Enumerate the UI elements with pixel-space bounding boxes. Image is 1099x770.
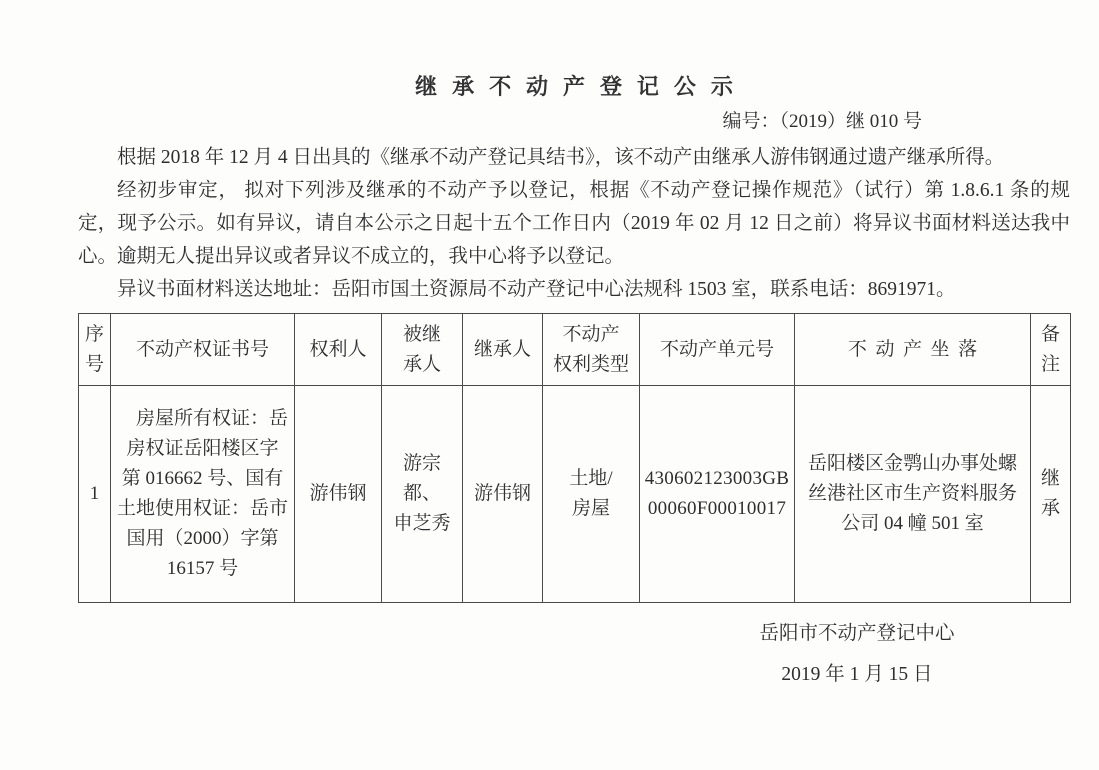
column-header-right-holder: 权利人 [295, 314, 382, 386]
cell-right-type: 土地/ 房屋 [543, 386, 640, 603]
cell-seq: 1 [79, 386, 111, 603]
table-header-row: 序 号 不动产权证书号 权利人 被继 承人 继承人 不动产 权利类型 不动产单元… [79, 314, 1071, 386]
signature-block: 岳阳市不动产登记中心 2019 年 1 月 15 日 [722, 619, 992, 690]
cell-unit-no: 430602123003GB 00060F00010017 [640, 386, 795, 603]
cell-location: 岳阳楼区金鹗山办事处螺 丝港社区市生产资料服务 公司 04 幢 501 室 [795, 386, 1031, 603]
issue-date: 2019 年 1 月 15 日 [781, 660, 932, 690]
table-row: 1 房屋所有权证：岳 房权证岳阳楼区字 第 016662 号、国有 土地使用权证… [79, 386, 1071, 603]
cell-heir: 游伟钢 [463, 386, 543, 603]
column-header-heir: 继承人 [463, 314, 543, 386]
cell-right-holder: 游伟钢 [295, 386, 382, 603]
page-title: 继承不动产登记公示 [78, 70, 1070, 101]
paragraph-contact: 异议书面材料送达地址：岳阳市国土资源局不动产登记中心法规科 1503 室，联系电… [78, 273, 1070, 306]
issuing-organization: 岳阳市不动产登记中心 [759, 619, 954, 649]
cell-remark: 继 承 [1031, 386, 1071, 603]
doc-number: 编号：（2019）继 010 号 [78, 107, 1070, 137]
registration-table: 序 号 不动产权证书号 权利人 被继 承人 继承人 不动产 权利类型 不动产单元… [78, 313, 1071, 603]
column-header-location: 不动产坐落 [795, 314, 1031, 386]
paragraph-announcement: 经初步审定， 拟对下列涉及继承的不动产予以登记，根据《不动产登记操作规范》（试行… [78, 174, 1070, 273]
cell-decedent: 游宗都、 申芝秀 [382, 386, 463, 603]
column-header-cert-no: 不动产权证书号 [111, 314, 295, 386]
cell-cert-no: 房屋所有权证：岳 房权证岳阳楼区字 第 016662 号、国有 土地使用权证：岳… [111, 386, 295, 603]
scanned-notice-page: 继承不动产登记公示 编号：（2019）继 010 号 根据 2018 年 12 … [0, 0, 1099, 770]
column-header-seq: 序 号 [79, 314, 111, 386]
column-header-decedent: 被继 承人 [382, 314, 463, 386]
column-header-remark: 备 注 [1031, 314, 1071, 386]
paragraph-basis: 根据 2018 年 12 月 4 日出具的《继承不动产登记具结书》，该不动产由继… [78, 141, 1070, 174]
column-header-unit-no: 不动产单元号 [640, 314, 795, 386]
notice-body: 根据 2018 年 12 月 4 日出具的《继承不动产登记具结书》，该不动产由继… [78, 141, 1070, 306]
column-header-right-type: 不动产 权利类型 [543, 314, 640, 386]
